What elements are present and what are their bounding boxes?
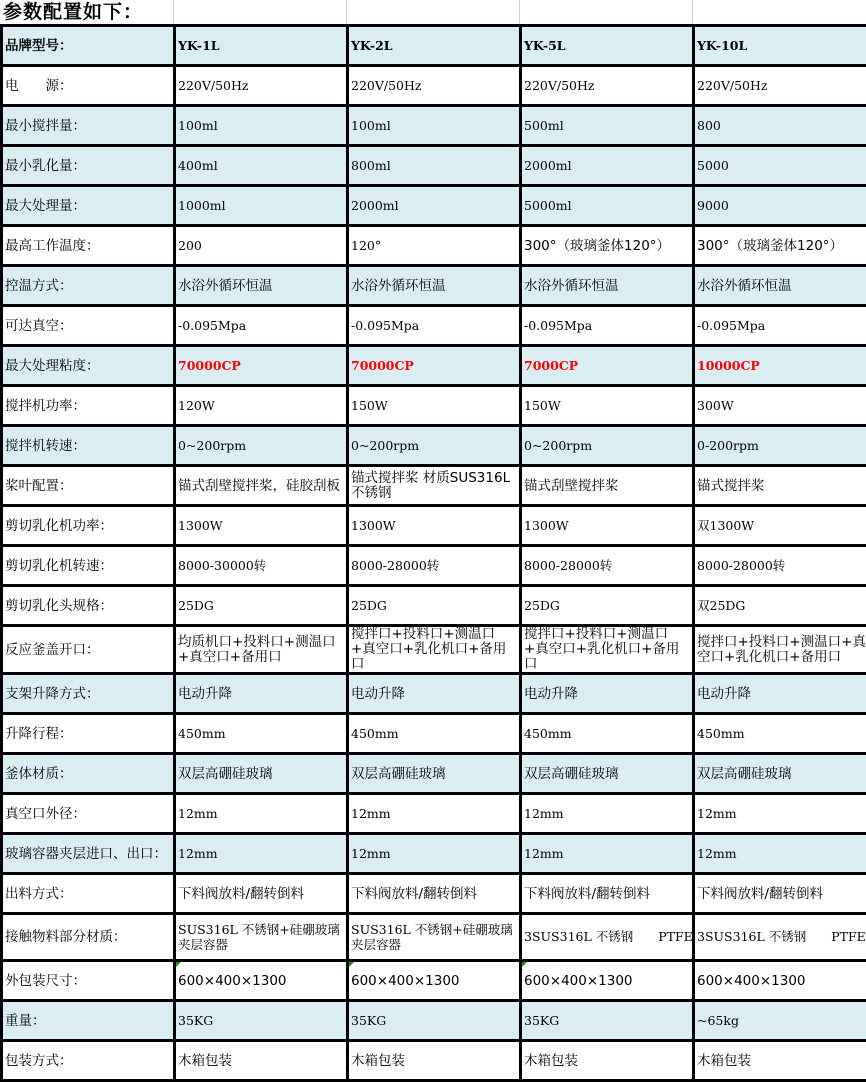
row-label: 最大处理量： [2, 186, 175, 226]
value-cell: 8000-30000转 [175, 546, 348, 586]
value-cell: 150W [348, 386, 521, 426]
value-cell: 双层高硼硅玻璃 [175, 754, 348, 794]
value-cell: 800 [694, 106, 866, 146]
model-cell: YK-5L [521, 26, 694, 66]
row-label: 剪切乳化头规格： [2, 586, 175, 626]
table-row: 最小搅拌量： 100ml 100ml 500ml 800 [2, 106, 866, 146]
table-row: 剪切乳化机转速： 8000-30000转 8000-28000转 8000-28… [2, 546, 866, 586]
row-label: 最小乳化量： [2, 146, 175, 186]
value-cell: -0.095Mpa [348, 306, 521, 346]
value-cell: 220V/50Hz [175, 66, 348, 106]
value-cell: 35KG [348, 1001, 521, 1041]
header-row: 品牌型号： YK-1L YK-2L YK-5L YK-10L [2, 26, 866, 66]
table-row: 支架升降方式： 电动升降 电动升降 电动升降 电动升降 [2, 674, 866, 714]
value-cell: 35KG [521, 1001, 694, 1041]
value-cell: 12mm [521, 834, 694, 874]
value-cell: 水浴外循环恒温 [348, 266, 521, 306]
value-cell: 下料阀放料/翻转倒料 [694, 874, 866, 914]
value-cell: 木箱包装 [694, 1041, 866, 1081]
value-cell: 12mm [694, 794, 866, 834]
value-cell: 下料阀放料/翻转倒料 [521, 874, 694, 914]
value-cell: 电动升降 [175, 674, 348, 714]
value-cell: 锚式搅拌桨 材质SUS316L不锈钢 [348, 466, 521, 506]
value-cell: 600×400×1300 [348, 961, 521, 1001]
value-cell: 300°（玻璃釜体120°） [694, 226, 866, 266]
value-cell: 木箱包装 [175, 1041, 348, 1081]
row-label: 剪切乳化机转速： [2, 546, 175, 586]
row-label: 电 源： [2, 66, 175, 106]
value-cell: 220V/50Hz [521, 66, 694, 106]
value-cell: 木箱包装 [521, 1041, 694, 1081]
value-cell: 150W [521, 386, 694, 426]
row-label: 釜体材质： [2, 754, 175, 794]
value-cell: 2000ml [521, 146, 694, 186]
table-row: 玻璃容器夹层进口、出口： 12mm 12mm 12mm 12mm [2, 834, 866, 874]
table-row: 最大处理粘度： 70000CP 70000CP 7000CP 10000CP [2, 346, 866, 386]
value-cell: 400ml [175, 146, 348, 186]
model-cell: YK-2L [348, 26, 521, 66]
value-cell: 水浴外循环恒温 [521, 266, 694, 306]
row-label: 桨叶配置： [2, 466, 175, 506]
value-cell: 水浴外循环恒温 [175, 266, 348, 306]
table-row: 最大处理量： 1000ml 2000ml 5000ml 9000 [2, 186, 866, 226]
value-cell: 1000ml [175, 186, 348, 226]
value-cell: 220V/50Hz [694, 66, 866, 106]
table-row: 釜体材质： 双层高硼硅玻璃 双层高硼硅玻璃 双层高硼硅玻璃 双层高硼硅玻璃 [2, 754, 866, 794]
value-cell: 8000-28000转 [348, 546, 521, 586]
row-label: 真空口外径： [2, 794, 175, 834]
value-cell: 木箱包装 [348, 1041, 521, 1081]
value-cell: 12mm [348, 794, 521, 834]
value-cell: 120W [175, 386, 348, 426]
value-cell: 0~200rpm [348, 426, 521, 466]
value-cell: 1300W [175, 506, 348, 546]
table-row: 最高工作温度： 200 120° 300°（玻璃釜体120°） 300°（玻璃釜… [2, 226, 866, 266]
value-cell: 电动升降 [694, 674, 866, 714]
value-cell: 均质机口+投料口+测温口+真空口+备用口 [175, 626, 348, 674]
row-label: 最大处理粘度： [2, 346, 175, 386]
table-row: 出料方式： 下料阀放料/翻转倒料 下料阀放料/翻转倒料 下料阀放料/翻转倒料 下… [2, 874, 866, 914]
row-label: 控温方式： [2, 266, 175, 306]
row-label: 包装方式： [2, 1041, 175, 1081]
value-cell: 25DG [348, 586, 521, 626]
viscosity-value: 7000CP [521, 346, 694, 386]
value-cell: 600×400×1300 [521, 961, 694, 1001]
viscosity-value: 70000CP [175, 346, 348, 386]
model-cell: YK-1L [175, 26, 348, 66]
value-cell: 120° [348, 226, 521, 266]
value-cell: 搅拌口+投料口+测温口+真空口+乳化机口+备用口 [521, 626, 694, 674]
value-cell: 双25DG [694, 586, 866, 626]
value-cell: SUS316L 不锈钢+硅硼玻璃夹层容器 [348, 914, 521, 961]
value-cell: 450mm [348, 714, 521, 754]
value-cell: SUS316L 不锈钢+硅硼玻璃夹层容器 [175, 914, 348, 961]
row-label: 反应釜盖开口： [2, 626, 175, 674]
value-cell: 300W [694, 386, 866, 426]
value-cell: 下料阀放料/翻转倒料 [348, 874, 521, 914]
value-cell: 1300W [348, 506, 521, 546]
table-row: 剪切乳化机功率： 1300W 1300W 1300W 双1300W [2, 506, 866, 546]
value-cell: 0~200rpm [175, 426, 348, 466]
value-cell: -0.095Mpa [521, 306, 694, 346]
row-label: 搅拌机转速： [2, 426, 175, 466]
value-cell: 5000 [694, 146, 866, 186]
value-cell: 800ml [348, 146, 521, 186]
row-label: 玻璃容器夹层进口、出口： [2, 834, 175, 874]
value-cell: 2000ml [348, 186, 521, 226]
value-cell: 电动升降 [348, 674, 521, 714]
value-cell: 450mm [175, 714, 348, 754]
value-cell: 450mm [694, 714, 866, 754]
value-cell: 3SUS316L 不锈钢 PTFE [694, 914, 866, 961]
viscosity-value: 70000CP [348, 346, 521, 386]
value-cell: 锚式搅拌桨 [694, 466, 866, 506]
value-cell: 12mm [175, 794, 348, 834]
viscosity-value: 10000CP [694, 346, 866, 386]
row-label: 搅拌机功率： [2, 386, 175, 426]
value-cell: 200 [175, 226, 348, 266]
table-row: 电 源： 220V/50Hz 220V/50Hz 220V/50Hz 220V/… [2, 66, 866, 106]
value-cell: 12mm [348, 834, 521, 874]
value-cell: -0.095Mpa [175, 306, 348, 346]
value-cell: 0~200rpm [521, 426, 694, 466]
row-label: 可达真空： [2, 306, 175, 346]
gridline [519, 0, 520, 25]
table-row: 控温方式： 水浴外循环恒温 水浴外循环恒温 水浴外循环恒温 水浴外循环恒温 [2, 266, 866, 306]
table-row: 外包装尺寸： 600×400×1300 600×400×1300 600×400… [2, 961, 866, 1001]
spec-table: 品牌型号： YK-1L YK-2L YK-5L YK-10L 电 源： 220V… [0, 24, 866, 1082]
row-label: 出料方式： [2, 874, 175, 914]
value-cell: -0.095Mpa [694, 306, 866, 346]
value-cell: 450mm [521, 714, 694, 754]
value-cell: 9000 [694, 186, 866, 226]
table-row: 重量： 35KG 35KG 35KG ~65kg [2, 1001, 866, 1041]
value-cell: 8000-28000转 [694, 546, 866, 586]
row-label: 最小搅拌量： [2, 106, 175, 146]
value-cell: 双层高硼硅玻璃 [348, 754, 521, 794]
value-cell: 锚式刮壁搅拌桨，硅胶刮板 [175, 466, 348, 506]
value-cell: 双1300W [694, 506, 866, 546]
row-label: 重量： [2, 1001, 175, 1041]
value-cell: 0-200rpm [694, 426, 866, 466]
table-row: 剪切乳化头规格： 25DG 25DG 25DG 双25DG [2, 586, 866, 626]
value-cell: 100ml [348, 106, 521, 146]
value-cell: 锚式刮壁搅拌桨 [521, 466, 694, 506]
value-cell: 12mm [694, 834, 866, 874]
header-label: 品牌型号： [2, 26, 175, 66]
table-row: 反应釜盖开口： 均质机口+投料口+测温口+真空口+备用口 搅拌口+投料口+测温口… [2, 626, 866, 674]
value-cell: 220V/50Hz [348, 66, 521, 106]
value-cell: 1300W [521, 506, 694, 546]
table-row: 包装方式： 木箱包装 木箱包装 木箱包装 木箱包装 [2, 1041, 866, 1081]
value-cell: 35KG [175, 1001, 348, 1041]
gridline [692, 0, 693, 25]
gridline [346, 0, 347, 25]
model-cell: YK-10L [694, 26, 866, 66]
value-cell: 下料阀放料/翻转倒料 [175, 874, 348, 914]
value-cell: 12mm [175, 834, 348, 874]
value-cell: 搅拌口+投料口+测温口+真空口+乳化机口+备用口 [348, 626, 521, 674]
row-label: 剪切乳化机功率： [2, 506, 175, 546]
value-cell: 搅拌口+投料口+测温口+真空口+乳化机口+备用口 [694, 626, 866, 674]
row-label: 支架升降方式： [2, 674, 175, 714]
table-row: 桨叶配置： 锚式刮壁搅拌桨，硅胶刮板 锚式搅拌桨 材质SUS316L不锈钢 锚式… [2, 466, 866, 506]
table-row: 真空口外径： 12mm 12mm 12mm 12mm [2, 794, 866, 834]
row-label: 接触物料部分材质： [2, 914, 175, 961]
value-cell: 电动升降 [521, 674, 694, 714]
value-cell: 25DG [521, 586, 694, 626]
table-row: 搅拌机功率： 120W 150W 150W 300W [2, 386, 866, 426]
row-label: 升降行程： [2, 714, 175, 754]
table-row: 最小乳化量： 400ml 800ml 2000ml 5000 [2, 146, 866, 186]
value-cell: 12mm [521, 794, 694, 834]
value-cell: 5000ml [521, 186, 694, 226]
value-cell: 300°（玻璃釜体120°） [521, 226, 694, 266]
value-cell: 双层高硼硅玻璃 [521, 754, 694, 794]
table-row: 搅拌机转速： 0~200rpm 0~200rpm 0~200rpm 0-200r… [2, 426, 866, 466]
title-row: 参数配置如下： [0, 0, 866, 25]
value-cell: 水浴外循环恒温 [694, 266, 866, 306]
row-label: 外包装尺寸： [2, 961, 175, 1001]
value-cell: 3SUS316L 不锈钢 PTFE [521, 914, 694, 961]
value-cell: 25DG [175, 586, 348, 626]
table-row: 升降行程： 450mm 450mm 450mm 450mm [2, 714, 866, 754]
value-cell: 100ml [175, 106, 348, 146]
gridline [173, 0, 174, 25]
value-cell: 600×400×1300 [175, 961, 348, 1001]
table-row: 接触物料部分材质： SUS316L 不锈钢+硅硼玻璃夹层容器 SUS316L 不… [2, 914, 866, 961]
page-title: 参数配置如下： [3, 1, 143, 23]
row-label: 最高工作温度： [2, 226, 175, 266]
value-cell: 500ml [521, 106, 694, 146]
value-cell: 600×400×1300 [694, 961, 866, 1001]
value-cell: 双层高硼硅玻璃 [694, 754, 866, 794]
table-row: 可达真空： -0.095Mpa -0.095Mpa -0.095Mpa -0.0… [2, 306, 866, 346]
value-cell: 8000-28000转 [521, 546, 694, 586]
value-cell: ~65kg [694, 1001, 866, 1041]
